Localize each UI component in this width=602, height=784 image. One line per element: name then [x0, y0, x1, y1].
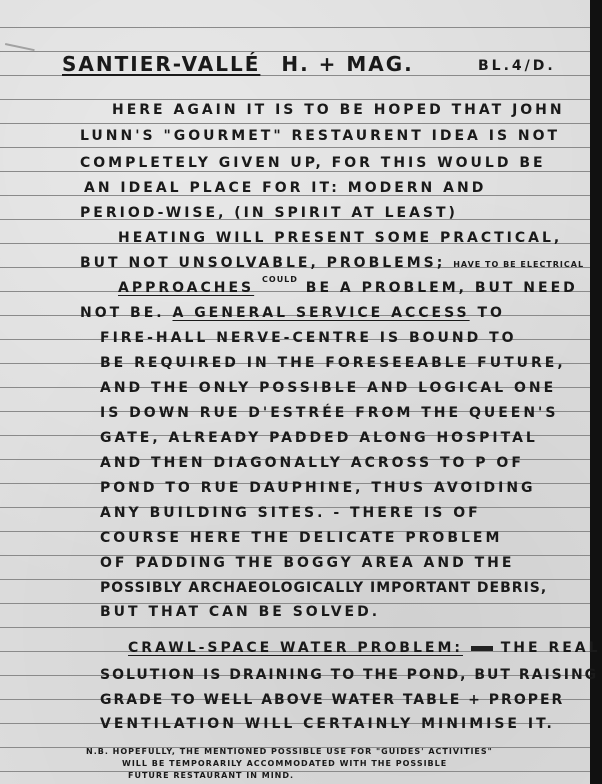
crossed-out-word [471, 646, 493, 651]
footnote-line-1: N.B. Hopefully, the mentioned possible u… [86, 747, 493, 756]
paragraph-2-text: be a problem, but need [306, 280, 578, 296]
underlined-service-access: A general service access [172, 305, 469, 321]
paragraph-3-text: the real [501, 640, 601, 656]
paragraph-2-line-5: Fire-Hall nerve-centre is bound to [100, 330, 517, 346]
paragraph-1-line-5: period-wise, (in spirit at least) [80, 205, 458, 221]
paragraph-2-text: but not unsolvable, problems; [80, 255, 445, 271]
footnote-label: N.B. [86, 747, 109, 756]
document-title: Santier-Vallé [62, 52, 260, 76]
paragraph-2-line-14: of padding the boggy area and the [100, 555, 514, 571]
paragraph-2-line-7: and the only possible and logical one [100, 380, 556, 396]
paragraph-1-line-3: completely given up, for this would be [80, 155, 546, 171]
footnote-line-2: will be temporarily accommodated with th… [122, 759, 447, 768]
paragraph-2-text: not be. [80, 305, 165, 321]
paragraph-2-line-9: Gate, already padded along hospital [100, 430, 538, 446]
paragraph-1-line-4: an ideal place for it: modern and [84, 180, 486, 196]
paragraph-2-line-10: and then diagonally across to P of [100, 455, 524, 471]
paragraph-2-line-3: Approaches could be a problem, but need [118, 280, 578, 296]
insertion-above: could [262, 275, 298, 284]
paragraph-2-line-11: Pond to Rue Dauphine, thus avoiding [100, 480, 536, 496]
paragraph-2-line-2: but not unsolvable, problems; have to be… [80, 255, 584, 271]
paragraph-3-line-2: solution is draining to the pond, but ra… [100, 667, 598, 683]
heading-line: Santier-Vallé H. + Mag. [62, 52, 414, 76]
document-subtitle: H. + Mag. [281, 52, 413, 76]
paragraph-2-line-15: possibly archaeologically important debr… [100, 580, 547, 596]
paragraph-2-line-4: not be. A general service access to [80, 305, 505, 321]
paragraph-3-line-1: Crawl-space water problem: the real [128, 640, 601, 656]
paragraph-2-line-12: any building sites. - There is of [100, 505, 481, 521]
document-reference: Bl.4/D. [478, 58, 556, 74]
underlined-approaches: Approaches [118, 280, 254, 296]
paragraph-2-line-6: be required in the foreseeable future, [100, 355, 566, 371]
inline-note: have to be electrical [453, 260, 584, 269]
paragraph-2-line-1: Heating will present some practical, [118, 230, 562, 246]
paragraph-2-line-16: but that can be solved. [100, 604, 380, 620]
paragraph-1-line-2: Lunn's "Gourmet" restaurent idea is not [80, 128, 560, 144]
paragraph-1-line-1: Here again it is to be hoped that John [112, 102, 565, 118]
paragraph-2-line-13: course here the delicate problem [100, 530, 502, 546]
underlined-crawl-space: Crawl-space water problem: [128, 640, 463, 656]
footnote-text: Hopefully, the mentioned possible use fo… [113, 747, 493, 756]
paragraph-2-line-8: is down Rue D'Estrée from the Queen's [100, 405, 558, 421]
paragraph-2-text: to [477, 305, 504, 321]
paragraph-3-line-4: ventilation will certainly minimise it. [100, 716, 555, 732]
paragraph-3-line-3: grade to well above water table + proper [100, 692, 564, 708]
footnote-line-3: future restaurant in mind. [128, 771, 294, 780]
